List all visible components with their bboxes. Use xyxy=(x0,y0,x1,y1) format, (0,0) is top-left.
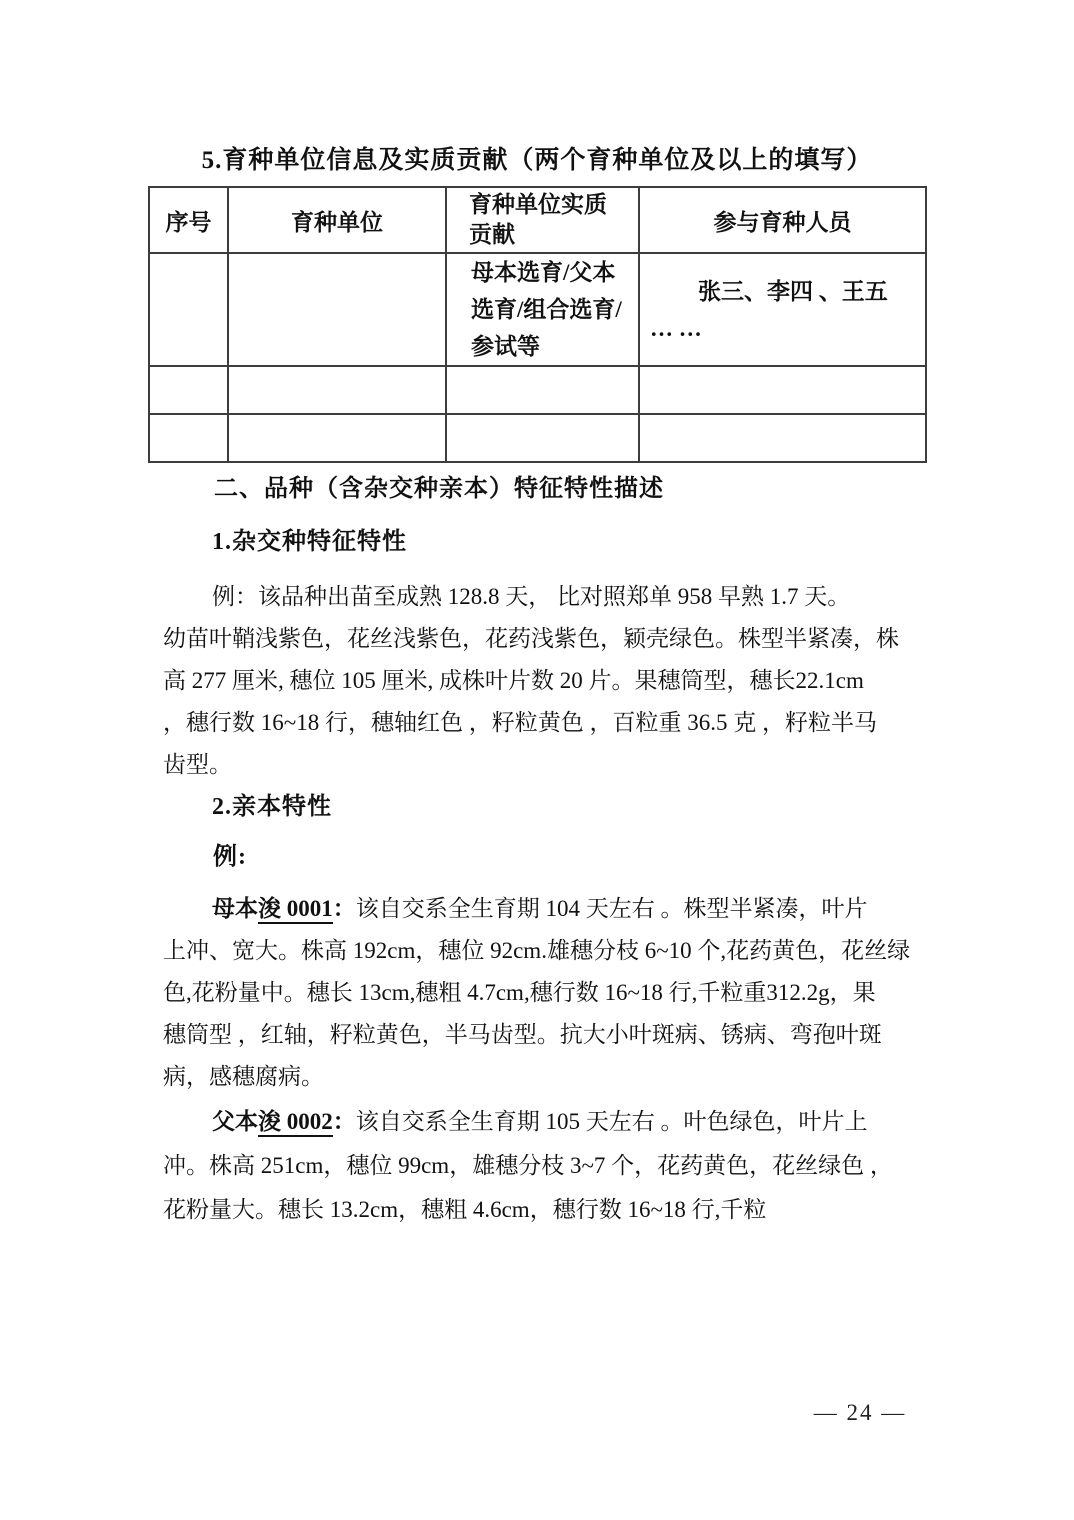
mother-lead-colon: ： xyxy=(333,896,356,921)
cell-participants-text: 张三、李四 、王五 … … xyxy=(640,273,912,347)
father-lead-prefix: 父本 xyxy=(212,1109,258,1134)
header-breeding-unit: 育种单位 xyxy=(228,187,446,253)
hybrid-paragraph: 例：该品种出苗至成熟 128.8 天， 比对照郑单 958 早熟 1.7 天。 … xyxy=(163,576,953,786)
breeding-units-table: 序号 育种单位 育种单位实质贡献 参与育种人员 母本选育/父本选育/组合选育/参… xyxy=(148,186,927,463)
document-page: 5.育种单位信息及实质贡献（两个育种单位及以上的填写） 序号 育种单位 育种单位… xyxy=(0,0,1074,1520)
paragraph-line: ，穗行数 16~18 行，穗轴红色 ，籽粒黄色 ，百粒重 36.5 克 ，籽粒半… xyxy=(163,702,953,744)
section5-title: 5.育种单位信息及实质贡献（两个育种单位及以上的填写） xyxy=(0,140,1074,176)
page-number: — 24 — xyxy=(790,1400,930,1426)
cell-empty xyxy=(149,414,228,462)
father-lead-rest: 该自交系全生育期 105 天左右 。叶色绿色，叶片上 xyxy=(356,1109,868,1134)
paragraph-line: 色,花粉量中。穗长 13cm,穗粗 4.7cm,穗行数 16~18 行,千粒重3… xyxy=(163,972,953,1014)
paragraph-line: 幼苗叶鞘浅紫色，花丝浅紫色，花药浅紫色，颖壳绿色。株型半紧凑，株 xyxy=(163,618,953,660)
paragraph-line: 病，感穗腐病。 xyxy=(163,1056,953,1098)
section2-heading: 二、品种（含杂交种亲本）特征特性描述 xyxy=(214,468,664,503)
cell-contribution-text: 母本选育/父本选育/组合选育/参试等 xyxy=(447,254,629,365)
father-lead-code: 浚 0002 xyxy=(258,1109,333,1137)
paragraph-line: 上冲、宽大。株高 192cm，穗位 92cm.雄穗分枝 6~10 个,花药黄色，… xyxy=(163,930,953,972)
cell-participants-example: 张三、李四 、王五 … … xyxy=(639,253,926,366)
father-lead-line: 父本浚 0002：该自交系全生育期 105 天左右 。叶色绿色，叶片上 xyxy=(163,1100,953,1144)
cell-empty xyxy=(639,366,926,414)
mother-lead-line: 母本浚 0001：该自交系全生育期 104 天左右 。株型半紧凑，叶片 xyxy=(163,888,953,930)
paragraph-line: 花粉量大。穗长 13.2cm，穗粗 4.6cm，穗行数 16~18 行,千粒 xyxy=(163,1188,953,1232)
cell-unit-empty xyxy=(228,253,446,366)
paragraph-line: 高 277 厘米, 穗位 105 厘米, 成株叶片数 20 片。果穗筒型，穗长2… xyxy=(163,660,953,702)
header-participants: 参与育种人员 xyxy=(639,187,926,253)
cell-empty xyxy=(228,366,446,414)
cell-empty xyxy=(228,414,446,462)
paragraph-line: 冲。株高 251cm，穗位 99cm，雄穗分枝 3~7 个，花药黄色，花丝绿色 … xyxy=(163,1144,953,1188)
header-serial-number: 序号 xyxy=(149,187,228,253)
cell-empty xyxy=(446,366,639,414)
header-unit-contribution-text: 育种单位实质贡献 xyxy=(447,190,627,250)
table-row xyxy=(149,414,926,462)
cell-empty xyxy=(639,414,926,462)
parents-example-label: 例: xyxy=(213,836,247,871)
father-paragraph: 父本浚 0002：该自交系全生育期 105 天左右 。叶色绿色，叶片上 冲。株高… xyxy=(163,1100,953,1232)
paragraph-line: 齿型。 xyxy=(163,744,953,786)
table-row: 母本选育/父本选育/组合选育/参试等 张三、李四 、王五 … … xyxy=(149,253,926,366)
table-header-row: 序号 育种单位 育种单位实质贡献 参与育种人员 xyxy=(149,187,926,253)
mother-lead-prefix: 母本 xyxy=(212,896,258,921)
paragraph-line: 穗筒型 ，红轴，籽粒黄色，半马齿型。抗大小叶斑病、锈病、弯孢叶斑 xyxy=(163,1014,953,1056)
cell-serial-empty xyxy=(149,253,228,366)
parents-heading: 2.亲本特性 xyxy=(212,786,332,821)
paragraph-line: 例：该品种出苗至成熟 128.8 天， 比对照郑单 958 早熟 1.7 天。 xyxy=(163,576,953,618)
header-unit-contribution: 育种单位实质贡献 xyxy=(446,187,639,253)
cell-contribution-example: 母本选育/父本选育/组合选育/参试等 xyxy=(446,253,639,366)
cell-empty xyxy=(149,366,228,414)
mother-lead-code: 浚 0001 xyxy=(258,896,333,924)
table-row xyxy=(149,366,926,414)
mother-lead-rest: 该自交系全生育期 104 天左右 。株型半紧凑，叶片 xyxy=(356,896,868,921)
hybrid-heading: 1.杂交种特征特性 xyxy=(212,521,407,556)
cell-empty xyxy=(446,414,639,462)
father-lead-colon: ： xyxy=(333,1109,356,1134)
mother-paragraph: 母本浚 0001：该自交系全生育期 104 天左右 。株型半紧凑，叶片 上冲、宽… xyxy=(163,888,953,1098)
